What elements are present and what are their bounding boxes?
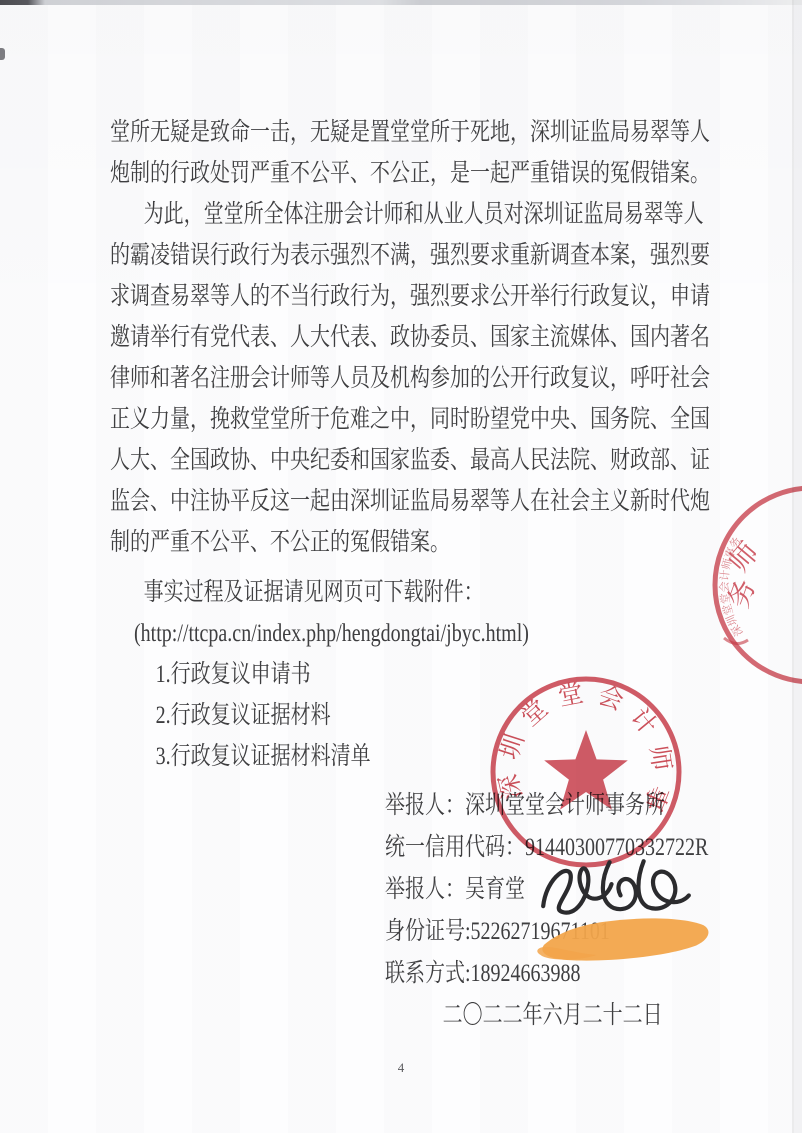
body-line: 监会、中注协平反这一起由深圳证监局易翠等人在社会主义新时代炮 <box>110 481 734 522</box>
seal-star-icon <box>544 730 628 810</box>
body-line: 律师和著名注册会计师等人员及机构参加的公开行政复议，呼吁社会 <box>110 358 734 399</box>
body-text: 堂所无疑是致命一击，无疑是置堂堂所于死地，深圳证监局易翠等人炮制的行政处罚严重不… <box>110 112 802 777</box>
body-line: 堂所无疑是致命一击，无疑是置堂堂所于死地，深圳证监局易翠等人 <box>110 112 734 153</box>
body-line: 正义力量，挽救堂堂所于危难之中，同时盼望党中央、国务院、全国 <box>110 399 734 440</box>
scan-artifact-left-mark <box>0 48 5 60</box>
body-line: 事实过程及证据请见网页可下载附件： <box>110 572 734 613</box>
date-line: 二〇二二年六月二十二日 <box>385 995 721 1037</box>
page-number: 4 <box>0 1060 802 1076</box>
body-line: 人大、全国政协、中央纪委和国家监委、最高人民法院、财政部、证 <box>110 440 734 481</box>
body-line: (http://ttcpa.cn/index.php/hengdongtai/j… <box>110 613 734 654</box>
body-line: 的霸凌错误行政行为表示强烈不满，强烈要求重新调查本案，强烈要 <box>110 235 734 276</box>
scan-artifact-top-edge <box>0 0 802 5</box>
partial-seal-stamp: 深圳堂堂会计师事务所 师 务 <box>700 478 802 693</box>
body-line: 为此，堂堂所全体注册会计师和从业人员对深圳证监局易翠等人 <box>110 194 734 235</box>
body-line: 制的严重不公平、不公正的冤假错案。 <box>110 522 734 563</box>
body-line: 炮制的行政处罚严重不公平、不公正，是一起严重错误的冤假错案。 <box>110 153 734 194</box>
scanned-document-page: 堂所无疑是致命一击，无疑是置堂堂所于死地，深圳证监局易翠等人炮制的行政处罚严重不… <box>0 0 802 1133</box>
body-line: 求调查易翠等人的不当行政行为，强烈要求公开举行行政复议，申请 <box>110 276 734 317</box>
partial-seal-mark <box>724 638 748 644</box>
handwritten-signature <box>525 845 701 935</box>
body-line: 邀请举行有党代表、人大代表、政协委员、国家主流媒体、国内著名 <box>110 317 734 358</box>
company-seal-stamp: 深圳堂堂会计师事务所 <box>487 672 685 870</box>
